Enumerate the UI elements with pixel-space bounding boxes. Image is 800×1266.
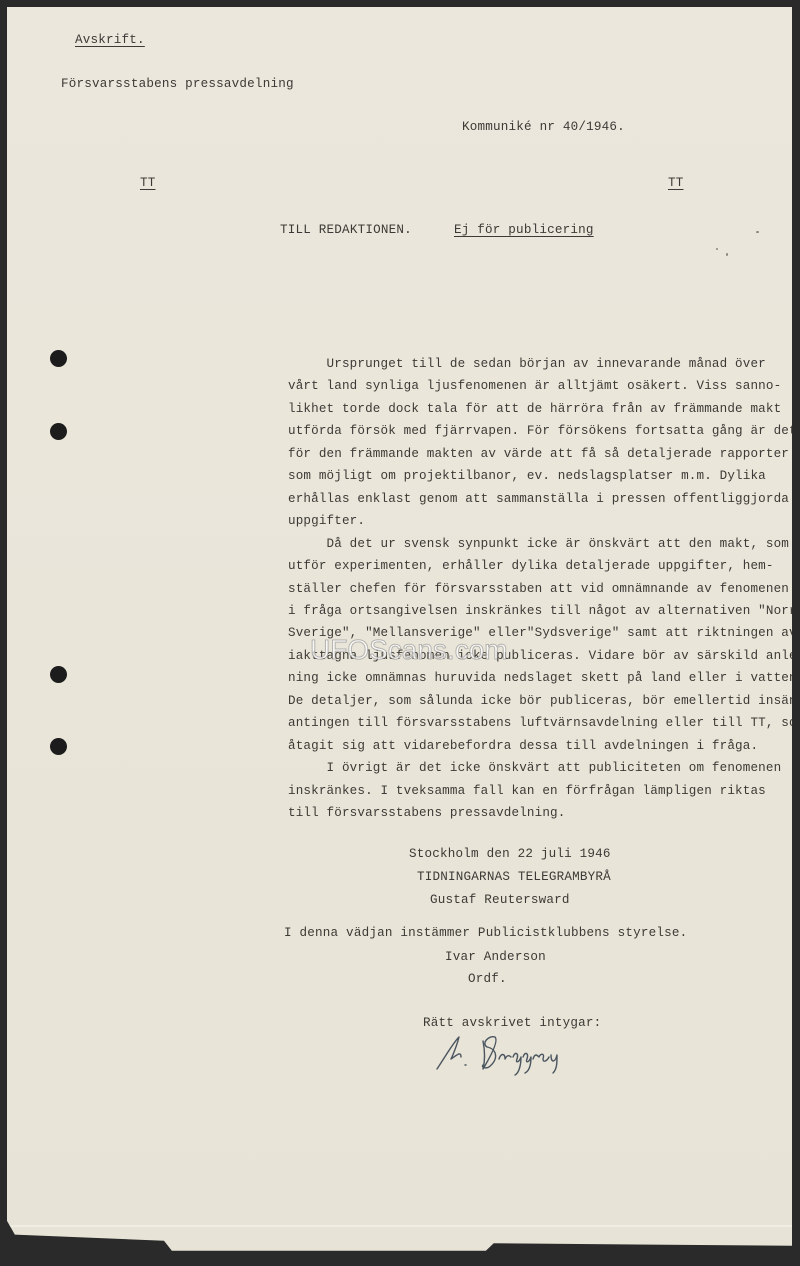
addressee: TILL REDAKTIONEN. bbox=[280, 224, 412, 237]
body-line: som möjligt om projektilbanor, ev. nedsl… bbox=[288, 469, 766, 483]
body-line: Ursprunget till de sedan början av innev… bbox=[288, 357, 766, 371]
body-line: åtagit sig att vidarebefordra dessa till… bbox=[288, 739, 758, 753]
site-watermark: UFOScans.com bbox=[310, 634, 508, 666]
paper-speck bbox=[756, 231, 759, 233]
place-date: Stockholm den 22 juli 1946 bbox=[409, 848, 611, 861]
body-line: erhållas enklast genom att sammanställa … bbox=[288, 492, 789, 506]
endorsement: I denna vädjan instämmer Publicistklubbe… bbox=[284, 927, 687, 940]
body-line: till försvarsstabens pressavdelning. bbox=[288, 806, 565, 820]
punch-hole bbox=[50, 738, 67, 755]
body-line: I övrigt är det icke önskvärt att public… bbox=[288, 761, 781, 775]
body-line: uppgifter. bbox=[288, 514, 365, 528]
body-line: ning icke omnämnas huruvida nedslaget sk… bbox=[288, 671, 800, 685]
body-line: De detaljer, som sålunda icke bör public… bbox=[288, 694, 800, 708]
chair-name: Ivar Anderson bbox=[445, 951, 546, 964]
publication-restriction: Ej för publicering bbox=[454, 224, 594, 237]
body-line: likhet torde dock tala för att de härrör… bbox=[288, 402, 781, 416]
body-line: vårt land synliga ljusfenomenen är alltj… bbox=[288, 379, 781, 393]
agency-signatory: Gustaf Reutersward bbox=[430, 894, 570, 907]
paper-speck bbox=[716, 248, 718, 250]
punch-hole bbox=[50, 666, 67, 683]
punch-hole bbox=[50, 350, 67, 367]
paper-fold bbox=[7, 1225, 792, 1227]
certification-label: Rätt avskrivet intygar: bbox=[423, 1017, 601, 1030]
body-line: inskränkes. I tveksamma fall kan en förf… bbox=[288, 784, 766, 798]
sender-department: Försvarsstabens pressavdelning bbox=[61, 78, 294, 91]
body-line: Då det ur svensk synpunkt icke är önskvä… bbox=[288, 537, 789, 551]
document-page: Avskrift. Försvarsstabens pressavdelning… bbox=[7, 7, 792, 1252]
handwritten-signature bbox=[435, 1029, 585, 1077]
communique-number: Kommuniké nr 40/1946. bbox=[462, 121, 625, 134]
header-label: Avskrift. bbox=[75, 34, 145, 47]
body-line: utförda försök med fjärrvapen. För försö… bbox=[288, 424, 797, 438]
body-line: utför experimenten, erhåller dylika deta… bbox=[288, 559, 774, 573]
tt-mark-left: TT bbox=[140, 177, 156, 190]
body-line: i fråga ortsangivelsen inskränkes till n… bbox=[288, 604, 800, 618]
chair-title: Ordf. bbox=[468, 973, 507, 986]
punch-hole bbox=[50, 423, 67, 440]
body-line: för den främmande makten av värde att få… bbox=[288, 447, 789, 461]
tt-mark-right: TT bbox=[668, 177, 684, 190]
body-line: antingen till försvarsstabens luftvärnsa… bbox=[288, 716, 800, 730]
paper-speck bbox=[726, 253, 728, 256]
body-line: ställer chefen för försvarsstaben att vi… bbox=[288, 582, 789, 596]
agency-name: TIDNINGARNAS TELEGRAMBYRÅ bbox=[417, 871, 611, 884]
